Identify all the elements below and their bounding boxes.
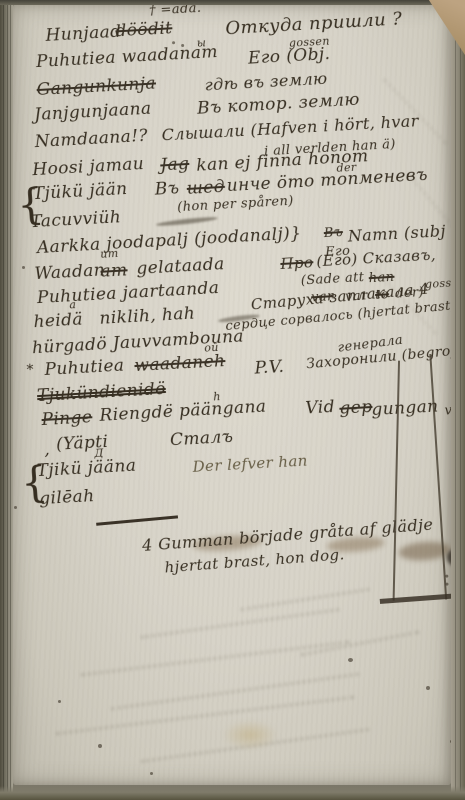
ink-speck (445, 575, 448, 578)
smudge (156, 216, 218, 228)
entry-12-word2: niklih, hah (99, 303, 196, 328)
entry-12-word: heidä (33, 309, 84, 332)
entry-4-gloss: Въ котор. землю (197, 90, 361, 119)
entry-2-gloss: Его (Obj. (248, 44, 331, 69)
entry-2-word: Puhutiea waadanam (36, 42, 219, 72)
entry-1-word: Hunjaad (45, 22, 122, 46)
entry-10-word: Waadan (34, 260, 106, 284)
book-spine (0, 0, 13, 800)
page-top-edge (0, 0, 465, 5)
entry-5-word: Namdaana!? (34, 126, 148, 152)
entry-16-word-superscript: h (213, 390, 221, 403)
ink-speck (426, 686, 430, 690)
ink-speck (58, 700, 61, 703)
entry-14-word: Puhutiea (44, 356, 125, 380)
entry-14-word-superscript: ой (204, 341, 219, 355)
page-right-edge (451, 0, 465, 800)
entry-14-word2: P.V. (254, 357, 285, 379)
entry-7-gloss-pre: Въ (154, 178, 180, 199)
entry-18-word: Tjikü jääna (36, 456, 137, 482)
entry-4-word: Janjgunjaana (34, 99, 152, 126)
ink-speck (14, 506, 17, 509)
ruled-ink-line-right (429, 354, 447, 600)
entry-10-word-struck: am (100, 260, 128, 281)
entry-10-word-superscript: um (100, 247, 119, 261)
entry-16-gloss: gungan (371, 396, 439, 420)
entry-16-word-struck: Pinge (41, 407, 93, 430)
manuscript-photo: † =adá. Hunjaad döödit Откуда пришли ? P… (0, 0, 465, 800)
entry-3-gloss: гдѣ въ землю (204, 69, 328, 95)
ink-speck (150, 772, 153, 775)
entry-10-gloss-struck: Про (280, 253, 314, 273)
stain (222, 720, 278, 750)
entry-9-gloss-struck: Въ (323, 225, 343, 241)
entry-17-gloss: Сталъ (170, 427, 234, 451)
entry-18-word-superscript: Д (94, 446, 104, 460)
entry-3-word-struck: Gangunkunja (36, 73, 156, 100)
ink-speck (445, 583, 448, 586)
entry-6-gloss-struck: Jag (160, 154, 190, 176)
entry-7-gloss-superscript: der (336, 161, 357, 175)
entry-16-gloss-struck: gep (339, 397, 373, 419)
entry-10-word2: gelataada (136, 254, 225, 279)
page-bottom-edge (0, 786, 465, 800)
entry-12-word-superscript: a (69, 298, 77, 311)
entry-7-word: Tjükü jään (32, 179, 128, 204)
entry-6-word: Hoosi jamau (32, 154, 145, 180)
entry-19-word: gilēah (39, 486, 95, 509)
entry-8-word: Tacuvviüh (30, 207, 122, 232)
ink-speck (22, 266, 25, 269)
entry-2-word-superscript: ы (197, 36, 207, 50)
entry-16-gloss-pre: Vid (305, 397, 336, 419)
entry-7-gloss-struck: шед (186, 177, 225, 199)
entry-14-marker: * (26, 362, 34, 378)
entry-15-word-struck: Tjukündienidö (37, 379, 167, 406)
ruled-line-base (380, 594, 454, 604)
entry-9-gloss: Namn (subj (347, 221, 446, 245)
separator-stroke (96, 515, 178, 525)
ruled-ink-line-left (393, 361, 400, 601)
entry-14-word-struck: waadaneh (134, 351, 226, 376)
ink-speck (348, 658, 353, 662)
ink-layer: † =adá. Hunjaad döödit Откуда пришли ? P… (0, 0, 465, 800)
entry-18-gloss: Der lefver han (192, 451, 308, 475)
ink-speck (98, 744, 102, 748)
entry-1-word-struck: döödit (115, 18, 173, 41)
